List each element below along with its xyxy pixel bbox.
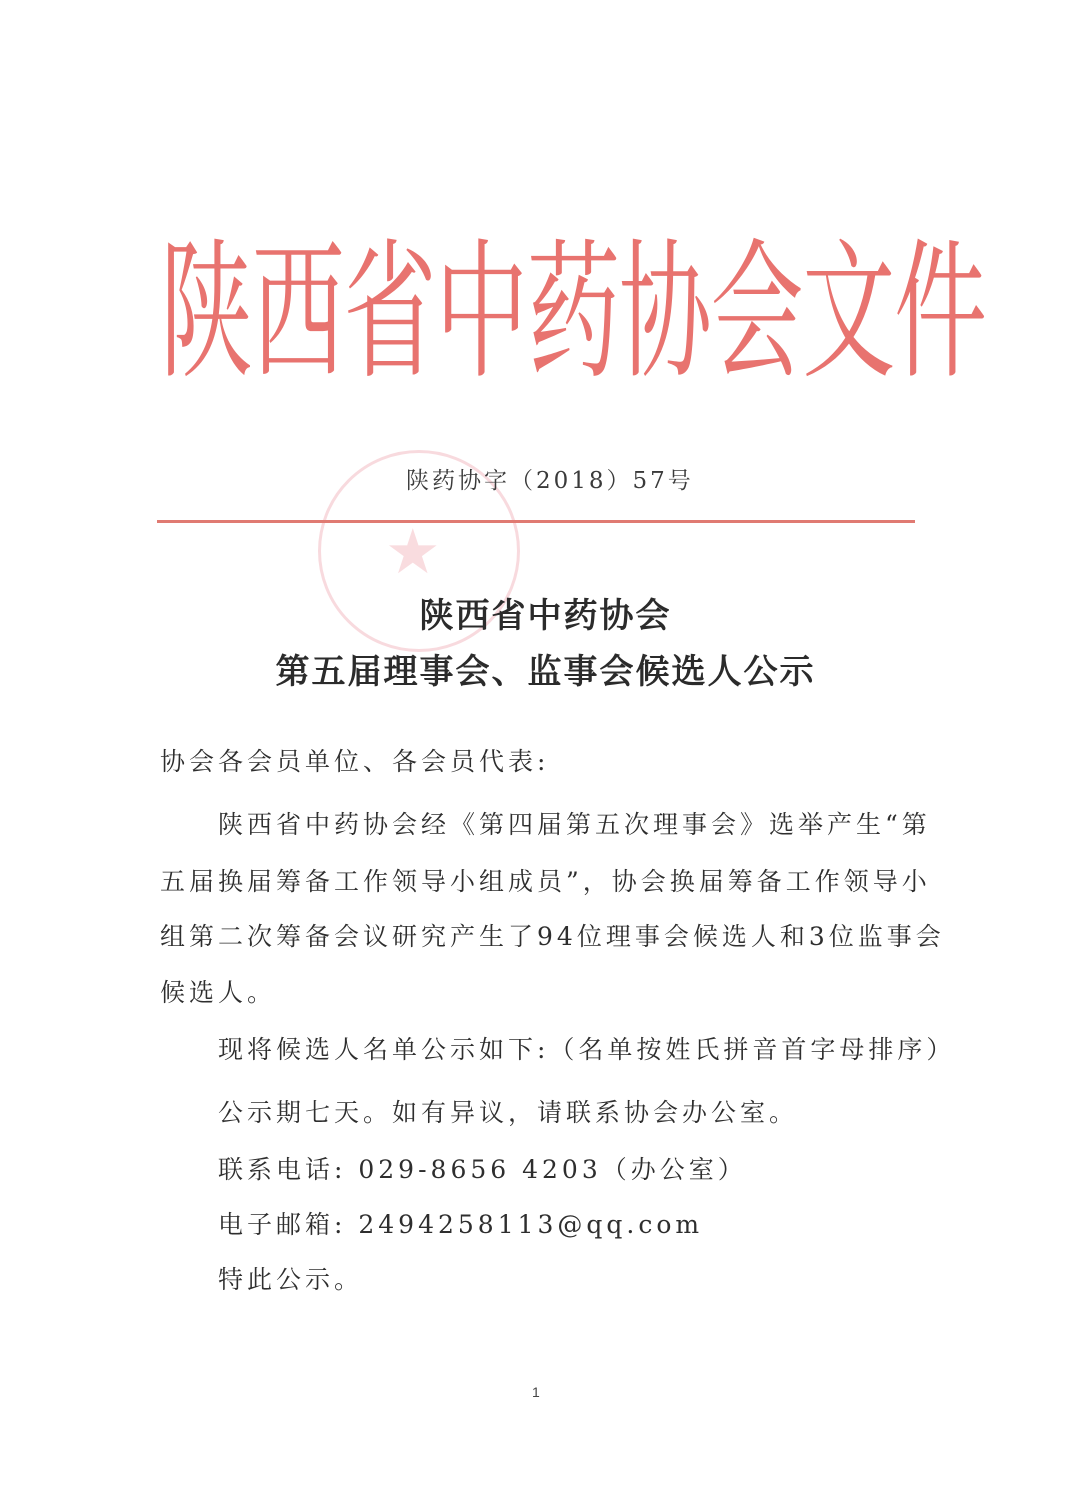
contact-email: 电子邮箱: 2494258113@qq.com (218, 1205, 703, 1241)
body-line-3: 组第二次筹备会议研究产生了94位理事会候选人和3位监事会 (160, 917, 945, 953)
publicity-period-note: 公示期七天。如有异议，请联系协会办公室。 (218, 1093, 798, 1129)
document-number: 陕药协字（2018）57号 (406, 462, 694, 495)
page-number: 1 (532, 1384, 540, 1400)
red-divider-rule (157, 520, 915, 523)
body-line-4: 候选人。 (160, 973, 276, 1009)
notice-title-subject: 第五届理事会、监事会候选人公示 (0, 644, 1091, 693)
body-line-2: 五届换届筹备工作领导小组成员”，协会换届筹备工作领导小 (160, 862, 931, 898)
salutation: 协会各会员单位、各会员代表: (160, 742, 549, 778)
closing-statement: 特此公示。 (218, 1260, 363, 1296)
candidate-list-note: 现将候选人名单公示如下:（名单按姓氏拼音首字母排序） (218, 1030, 955, 1066)
masthead-title: 陕西省中药协会文件 (160, 228, 619, 398)
seal-star-icon: ★ (385, 522, 441, 584)
body-line-1: 陕西省中药协会经《第四届第五次理事会》选举产生“第 (218, 805, 931, 841)
contact-phone: 联系电话: 029-8656 4203（办公室） (218, 1150, 747, 1186)
notice-title-organization: 陕西省中药协会 (0, 588, 1091, 637)
